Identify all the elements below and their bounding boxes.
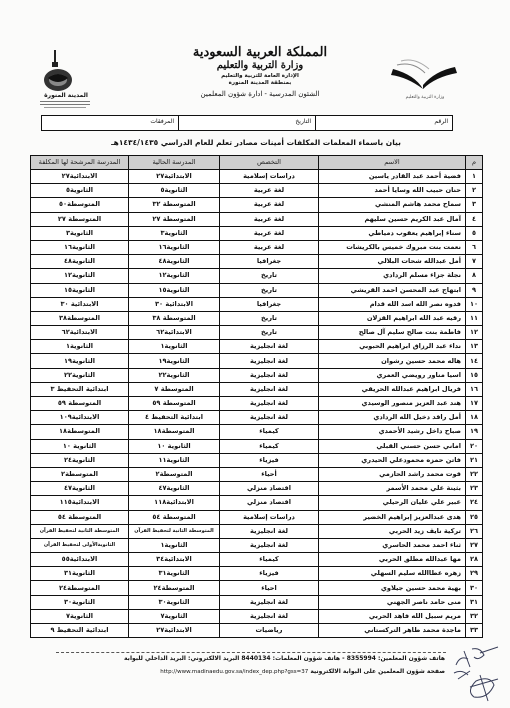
candidate-school: الابتدائية٢٧	[31, 170, 129, 184]
candidate-school: الثانوية٣١	[31, 567, 129, 581]
teacher-name: آمال عبد الكريم حسين سليهم	[319, 212, 466, 226]
table-row: ١٧هند عبد العزيز منصور الوسيديلغة انجليز…	[31, 397, 483, 411]
current-school: الثانوية٢٢	[129, 368, 220, 382]
current-school: الابتدائية ٣٠	[129, 297, 220, 311]
candidate-school: الثانوية٥	[31, 184, 129, 198]
table-row: ٢٦تركية نايف زيد الحربيلغة انجليزيةالمتو…	[31, 524, 483, 538]
teacher-name: قوت محمد راشد الحازمي	[319, 467, 466, 481]
footer-divider	[56, 652, 446, 653]
row-number: ٧	[466, 255, 483, 269]
specialty: كيمياء	[220, 553, 319, 567]
row-number: ٢١	[466, 453, 483, 467]
current-school: المتوسطة٢٤	[129, 581, 220, 595]
row-number: ١٨	[466, 411, 483, 425]
specialty: لغة انجليزية	[220, 595, 319, 609]
candidate-school: الثانويةالأولى لتحفيظ القرآن	[31, 538, 129, 552]
specialty: لغة انجليزية	[220, 524, 319, 538]
candidate-school: الثانوية١٢	[31, 269, 129, 283]
date-field: التاريخ	[178, 116, 315, 130]
teacher-name: بثينة علي محمد الأسمر	[319, 482, 466, 496]
table-row: ٢٠اماني حسن حسني القبليكيمياءالثانوية ١٠…	[31, 439, 483, 453]
teacher-name: فاطمة بنت صالح سليم آل صالح	[319, 326, 466, 340]
current-school: المتوسطة ٣٨	[129, 311, 220, 325]
teacher-name: صباح داخل رشيد الأحمدي	[319, 425, 466, 439]
specialty: لغة عربية	[220, 184, 319, 198]
row-number: ٢٠	[466, 439, 483, 453]
teacher-name: مريم سبيل الله فاهد الحربي	[319, 609, 466, 623]
teacher-name: فريال ابراهيم عبدالله الحريقي	[319, 382, 466, 396]
teacher-name: منى حامد ناصر الجهني	[319, 595, 466, 609]
table-row: ١٠فدوه نصر الله اسد الله قدامجغرافياالاب…	[31, 297, 483, 311]
specialty: لغة انجليزية	[220, 368, 319, 382]
letterhead: المملكة العربية السعودية وزارة التربية و…	[160, 45, 360, 100]
table-row: ٥سناء إبراهيم يعقوب دمياطيلغة عربيةالثان…	[31, 226, 483, 240]
row-number: ٥	[466, 226, 483, 240]
row-number: ٣١	[466, 595, 483, 609]
teacher-name: رقيه عبد الله ابراهيم القزلان	[319, 311, 466, 325]
col-header-current-school: المدرسة الحالية	[129, 156, 220, 170]
specialty: جغرافيا	[220, 255, 319, 269]
current-school: ابتدائية التحفيظ ٤	[129, 411, 220, 425]
specialty: تاريخ	[220, 269, 319, 283]
teacher-name: هاله محمد حسين رشوان	[319, 354, 466, 368]
table-row: ٣٣ماجدة محمد طاهر التركستانيرياضياتالابت…	[31, 624, 483, 638]
table-row: ٤آمال عبد الكريم حسين سليهملغة عربيةالمت…	[31, 212, 483, 226]
current-school: الابتدائية١١٨	[129, 496, 220, 510]
left-logo-caption: المدينة المنورة	[36, 92, 96, 99]
current-school: الثانوية١	[129, 340, 220, 354]
table-row: ٣سماح محمد هاشم المنشيلغة عربيةالمتوسطة …	[31, 198, 483, 212]
candidate-school: الابتدائية١٠٩	[31, 411, 129, 425]
table-row: ٢٤عبير علي عليان الرحيلياقتصاد منزليالاب…	[31, 496, 483, 510]
candidate-school: المتوسطة١٨	[31, 425, 129, 439]
specialty: فيزياء	[220, 453, 319, 467]
specialty: تاريخ	[220, 326, 319, 340]
current-school: المتوسطة الثانية لتحفيظ القرآن	[129, 524, 220, 538]
candidate-school: الابتدائية١١٥	[31, 496, 129, 510]
table-row: ١٦فريال ابراهيم عبدالله الحريقيلغة انجلي…	[31, 382, 483, 396]
current-school: الثانوية١٥	[129, 283, 220, 297]
teacher-name: سناء إبراهيم يعقوب دمياطي	[319, 226, 466, 240]
table-row: ١٨أمل راقد دخيل الله الرداديلغة انجليزية…	[31, 411, 483, 425]
specialty: كيمياء	[220, 425, 319, 439]
teacher-name: هدى عبدالعزيز إبراهيم الخضير	[319, 510, 466, 524]
table-row: ٢حنان حبيب الله وسايا أحمدلغة عربيةالثان…	[31, 184, 483, 198]
table-row: ٧أمل عبدالله شحات البلاليجغرافياالثانوية…	[31, 255, 483, 269]
specialty: تاريخ	[220, 283, 319, 297]
specialty: لغة عربية	[220, 212, 319, 226]
teacher-name: نعمت بنت مبروك خميس بالكريشات	[319, 240, 466, 254]
specialty: تاريخ	[220, 311, 319, 325]
current-school: الابتدائية٦٢	[129, 326, 220, 340]
current-school: الثانوية ١٠	[129, 439, 220, 453]
current-school: الابتدائية٢٧	[129, 624, 220, 638]
teacher-name: اماني حسن حسني القبلي	[319, 439, 466, 453]
specialty: لغة عربية	[220, 240, 319, 254]
teacher-name: فدوه نصر الله اسد الله قدام	[319, 297, 466, 311]
teacher-name: أمل راقد دخيل الله الردادي	[319, 411, 466, 425]
row-number: ٤	[466, 212, 483, 226]
candidate-school: الثانوية٢٢	[31, 368, 129, 382]
current-school: المتوسطة ٧	[129, 382, 220, 396]
row-number: ٩	[466, 283, 483, 297]
candidate-school: الثانوية٤٧	[31, 482, 129, 496]
current-school: الثانوية٧	[129, 609, 220, 623]
specialty: لغة انجليزية	[220, 397, 319, 411]
candidate-school: المتوسطة٢٤	[31, 581, 129, 595]
current-school: الثانوية٣٠	[129, 595, 220, 609]
candidate-school: الابتدائية٥٥	[31, 553, 129, 567]
candidate-school: الثانوية٣	[31, 226, 129, 240]
madinah-education-logo: المدينة المنورة	[36, 48, 96, 118]
specialty: اقتصاد منزلي	[220, 496, 319, 510]
table-row: ١فضية أحمد عبد القادر ياسيندراسات إسلامي…	[31, 170, 483, 184]
row-number: ١٤	[466, 354, 483, 368]
row-number: ٨	[466, 269, 483, 283]
candidate-school: الابتدائية٦٢	[31, 326, 129, 340]
row-number: ١٦	[466, 382, 483, 396]
row-number: ٢٦	[466, 524, 483, 538]
footer-portal-link[interactable]: http://www.madinaedu.gov.sa/index_dep.ph…	[160, 669, 308, 675]
table-row: ١٤هاله محمد حسين رشوانلغة انجليزيةالثانو…	[31, 354, 483, 368]
teacher-name: نداء عبد الرزاق ابراهيم الحبوبي	[319, 340, 466, 354]
teacher-name: بهية محمد حسين جيلاوي	[319, 581, 466, 595]
specialty: دراسات إسلامية	[220, 510, 319, 524]
row-number: ١٧	[466, 397, 483, 411]
current-school: المتوسطة ٢٧	[129, 212, 220, 226]
department: الشئون المدرسية - ادارة شؤون المعلمين	[160, 89, 360, 100]
candidate-school: الابتدائية ٣٠	[31, 297, 129, 311]
table-row: ٢٥هدى عبدالعزيز إبراهيم الخضيردراسات إسل…	[31, 510, 483, 524]
table-header-row: م الاسم التخصص المدرسة الحالية المدرسة ا…	[31, 156, 483, 170]
current-school: الثانوية٥	[129, 184, 220, 198]
candidate-school: الثانوية١	[31, 340, 129, 354]
specialty: احياء	[220, 581, 319, 595]
attachments-field: المرفقات	[42, 116, 178, 130]
row-number: ٣	[466, 198, 483, 212]
candidate-school: ابتدائية التحفيظ ٣	[31, 382, 129, 396]
teacher-name: حنان حبيب الله وسايا أحمد	[319, 184, 466, 198]
candidate-school: الثانوية٧	[31, 609, 129, 623]
row-number: ٢٨	[466, 553, 483, 567]
current-school: الثانوية٤٧	[129, 482, 220, 496]
row-number: ٣٢	[466, 609, 483, 623]
specialty: لغة انجليزية	[220, 538, 319, 552]
row-number: ٢٧	[466, 538, 483, 552]
specialty: كيمياء	[220, 439, 319, 453]
teacher-name: ماجدة محمد طاهر التركستاني	[319, 624, 466, 638]
teacher-name: اسيا مناور رويضي العمري	[319, 368, 466, 382]
table-row: ١٩صباح داخل رشيد الأحمديكيمياءالمتوسطة١٨…	[31, 425, 483, 439]
kingdom-title: المملكة العربية السعودية	[160, 45, 360, 60]
footer-portal-line: صفحة شؤون المعلمين على البوابة الالكترون…	[60, 668, 445, 675]
table-row: ٣١منى حامد ناصر الجهنيلغة انجليزيةالثانو…	[31, 595, 483, 609]
reference-number-field: الرقم	[315, 116, 452, 130]
table-row: ٢٢قوت محمد راشد الحازميأحياءالمتوسطة٢الم…	[31, 467, 483, 481]
table-row: ٢٣بثينة علي محمد الأسمراقتصاد منزليالثان…	[31, 482, 483, 496]
teacher-name: هند عبد العزيز منصور الوسيدي	[319, 397, 466, 411]
teachers-table: م الاسم التخصص المدرسة الحالية المدرسة ا…	[30, 155, 483, 638]
table-row: ٨نجلة جزاء مسلم الرداديتاريخالثانوية١٢ال…	[31, 269, 483, 283]
table-row: ١١رقيه عبد الله ابراهيم القزلانتاريخالمت…	[31, 311, 483, 325]
row-number: ١٩	[466, 425, 483, 439]
reference-info-row: الرقم التاريخ المرفقات	[41, 115, 453, 131]
row-number: ٢	[466, 184, 483, 198]
row-number: ١١	[466, 311, 483, 325]
table-row: ١٢فاطمة بنت صالح سليم آل صالحتاريخالابتد…	[31, 326, 483, 340]
row-number: ٢٤	[466, 496, 483, 510]
specialty: لغة عربية	[220, 226, 319, 240]
candidate-school: المتوسطة٥٠	[31, 198, 129, 212]
row-number: ٢٥	[466, 510, 483, 524]
specialty: لغة انجليزية	[220, 340, 319, 354]
teacher-name: فاتن حمزه محمودعلي الحيدري	[319, 453, 466, 467]
specialty: لغة عربية	[220, 198, 319, 212]
current-school: المتوسطة ٥٤	[129, 510, 220, 524]
table-row: ٢٩زهره عطاالله سليم السهليفيزياءالثانوية…	[31, 567, 483, 581]
specialty: اقتصاد منزلي	[220, 482, 319, 496]
teacher-name: زهره عطاالله سليم السهلي	[319, 567, 466, 581]
table-row: ٣٠بهية محمد حسين جيلاوياحياءالمتوسطة٢٤ال…	[31, 581, 483, 595]
teacher-name: سماح محمد هاشم المنشي	[319, 198, 466, 212]
row-number: ٢٩	[466, 567, 483, 581]
candidate-school: المتوسطة ٥٩	[31, 397, 129, 411]
current-school: الثانوية١١	[129, 453, 220, 467]
specialty: لغة انجليزية	[220, 609, 319, 623]
table-row: ٩ابتهاج عبد المحسن احمد القريشيتاريخالثا…	[31, 283, 483, 297]
row-number: ١	[466, 170, 483, 184]
current-school: المتوسطة٢	[129, 467, 220, 481]
candidate-school: المتوسطة الثانية لتحفيظ القرآن	[31, 524, 129, 538]
specialty: أحياء	[220, 467, 319, 481]
row-number: ٢٢	[466, 467, 483, 481]
ministry-book-logo: وزارة التربية والتعليم	[385, 55, 465, 110]
candidate-school: الثانوية٢٤	[31, 453, 129, 467]
row-number: ١٣	[466, 340, 483, 354]
general-admin: الإدارة العامة للتربية والتعليم	[160, 72, 360, 80]
teacher-name: ابتهاج عبد المحسن احمد القريشي	[319, 283, 466, 297]
row-number: ١٢	[466, 326, 483, 340]
col-header-candidate-school: المدرسة المرشحة لها المكلفة	[31, 156, 129, 170]
teacher-name: ثناء احمد محمد الحاسري	[319, 538, 466, 552]
row-number: ٣٠	[466, 581, 483, 595]
document-title: بيان باسماء المعلمات المكلفات أمينات مصا…	[30, 138, 482, 147]
teacher-name: أمل عبدالله شحات البلالي	[319, 255, 466, 269]
specialty: لغة انجليزية	[220, 382, 319, 396]
footer-portal-text: صفحة شؤون المعلمين على البوابة الالكترون…	[310, 668, 445, 675]
current-school: الثانوية٣	[129, 226, 220, 240]
ministry-title: وزارة التربية والتعليم	[160, 60, 360, 72]
teacher-name: فضية أحمد عبد القادر ياسين	[319, 170, 466, 184]
table-row: ١٣نداء عبد الرزاق ابراهيم الحبوبيلغة انج…	[31, 340, 483, 354]
table-row: ٢٨مها عبدالله مطلق الحربيكيمياءالابتدائي…	[31, 553, 483, 567]
current-school: المتوسطة ٥٩	[129, 397, 220, 411]
row-number: ٦	[466, 240, 483, 254]
candidate-school: الثانوية١٩	[31, 354, 129, 368]
teacher-name: تركية نايف زيد الحربي	[319, 524, 466, 538]
current-school: الثانوية١٩	[129, 354, 220, 368]
specialty: جغرافيا	[220, 297, 319, 311]
region: بمنطقة المدينة المنورة	[160, 80, 360, 87]
candidate-school: الثانوية ١٠	[31, 439, 129, 453]
candidate-school: المتوسطة٣٨	[31, 311, 129, 325]
specialty: فيزياء	[220, 567, 319, 581]
current-school: الثانوية١	[129, 538, 220, 552]
table-row: ٢١فاتن حمزه محمودعلي الحيدريفيزياءالثانو…	[31, 453, 483, 467]
table-row: ٦نعمت بنت مبروك خميس بالكريشاتلغة عربيةا…	[31, 240, 483, 254]
current-school: الابتدائية٢٧	[129, 170, 220, 184]
teacher-name: عبير علي عليان الرحيلي	[319, 496, 466, 510]
teacher-name: مها عبدالله مطلق الحربي	[319, 553, 466, 567]
current-school: المتوسطة١٨	[129, 425, 220, 439]
candidate-school: ابتدائية التحفيظ ٩	[31, 624, 129, 638]
current-school: الثانوية١٦	[129, 240, 220, 254]
row-number: ١٠	[466, 297, 483, 311]
candidate-school: الثانوية١٦	[31, 240, 129, 254]
handwritten-signature	[450, 645, 505, 705]
table-row: ٣٢مريم سبيل الله فاهد الحربيلغة انجليزية…	[31, 609, 483, 623]
table-body: ١فضية أحمد عبد القادر ياسيندراسات إسلامي…	[31, 170, 483, 638]
candidate-school: الثانوية٣٠	[31, 595, 129, 609]
row-number: ٣٣	[466, 624, 483, 638]
current-school: الابتدائية٣٤	[129, 553, 220, 567]
teacher-name: نجلة جزاء مسلم الردادي	[319, 269, 466, 283]
current-school: الثانوية٤٨	[129, 255, 220, 269]
table-row: ١٥اسيا مناور رويضي العمريلغة انجليزيةالث…	[31, 368, 483, 382]
specialty: لغة انجليزية	[220, 411, 319, 425]
footer-contact-line: هاتف شؤون المعلمين: 8355994 - هاتف شؤون …	[40, 655, 445, 662]
col-header-specialty: التخصص	[220, 156, 319, 170]
current-school: الثانوية٣١	[129, 567, 220, 581]
col-header-name: الاسم	[319, 156, 466, 170]
candidate-school: الثانوية٤٨	[31, 255, 129, 269]
col-header-number: م	[466, 156, 483, 170]
row-number: ٢٣	[466, 482, 483, 496]
candidate-school: المتوسطة ٥٤	[31, 510, 129, 524]
specialty: رياضيات	[220, 624, 319, 638]
row-number: ١٥	[466, 368, 483, 382]
specialty: لغة انجليزية	[220, 354, 319, 368]
current-school: المتوسطة ٣٢	[129, 198, 220, 212]
table-row: ٢٧ثناء احمد محمد الحاسريلغة انجليزيةالثا…	[31, 538, 483, 552]
specialty: دراسات إسلامية	[220, 170, 319, 184]
candidate-school: المتوسطة٢	[31, 467, 129, 481]
current-school: الثانوية١٢	[129, 269, 220, 283]
candidate-school: المتوسطة ٢٧	[31, 212, 129, 226]
right-logo-caption: وزارة التربية والتعليم	[385, 95, 465, 100]
candidate-school: الثانوية١٥	[31, 283, 129, 297]
